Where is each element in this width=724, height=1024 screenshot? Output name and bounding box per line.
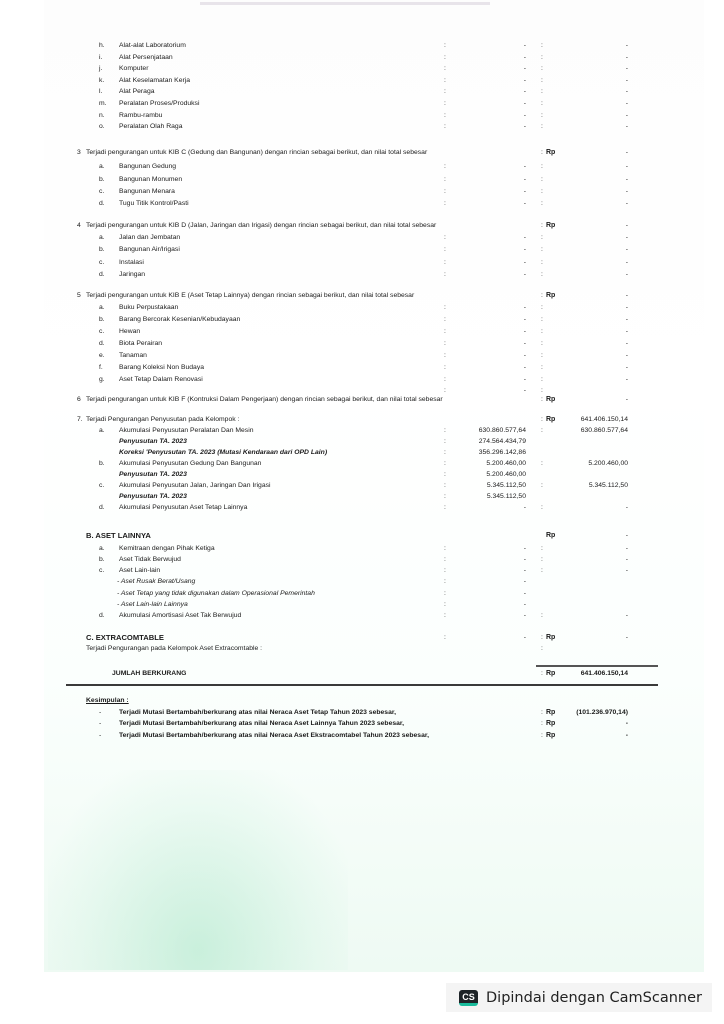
- item-total: -: [626, 350, 628, 361]
- list-item: n.Rambu-rambu:-:-: [0, 110, 724, 121]
- item-value: -: [524, 599, 526, 610]
- item-total: 630.860.577,64: [581, 425, 628, 436]
- item-label: - Aset Lain-lain Lainnya: [117, 599, 188, 610]
- scan-artifact: [200, 2, 490, 5]
- camscanner-logo-icon: CS: [459, 990, 478, 1006]
- list-item: a.Bangunan Gedung:-:-: [0, 161, 724, 172]
- colon: :: [444, 186, 446, 197]
- item-label: Koreksi 'Penyusutan TA. 2023 (Mutasi Ken…: [119, 447, 327, 458]
- colon: :: [541, 244, 543, 255]
- conclusion-item: -Terjadi Mutasi Bertambah/berkurang atas…: [0, 707, 724, 718]
- item-label: Tugu Titik Kontrol/Pasti: [119, 198, 189, 209]
- colon: :: [444, 302, 446, 313]
- item-total: -: [626, 362, 628, 373]
- section-title: C. EXTRACOMTABLE: [86, 632, 164, 643]
- item-letter: d.: [99, 502, 105, 513]
- item-label: Alat-alat Laboratorium: [119, 40, 186, 51]
- item-letter: e.: [99, 350, 105, 361]
- conclusion-label: Terjadi Mutasi Bertambah/berkurang atas …: [119, 730, 429, 741]
- item-letter: a.: [99, 302, 105, 313]
- item-label: Akumulasi Amortisasi Aset Tak Berwujud: [119, 610, 241, 621]
- item-letter: b.: [99, 244, 105, 255]
- colon: :: [444, 269, 446, 280]
- section-heading: 7.Terjadi Pengurangan Penyusutan pada Ke…: [0, 414, 724, 425]
- item-label: Jalan dan Jembatan: [119, 232, 180, 243]
- colon: :: [444, 565, 446, 576]
- item-label: Bangunan Gedung: [119, 161, 176, 172]
- list-item: b.Akumulasi Penyusutan Gedung Dan Bangun…: [0, 458, 724, 469]
- grand-total-label: JUMLAH BERKURANG: [112, 668, 186, 679]
- item-value: -: [524, 302, 526, 313]
- item-label: Bangunan Menara: [119, 186, 175, 197]
- list-item: b.Barang Bercorak Kesenian/Kebudayaan:-:…: [0, 314, 724, 325]
- item-letter: g.: [99, 374, 105, 385]
- list-item: f.Barang Koleksi Non Budaya:-:-: [0, 362, 724, 373]
- colon: :: [444, 425, 446, 436]
- item-letter: c.: [99, 186, 104, 197]
- item-total: -: [626, 257, 628, 268]
- currency: Rp: [546, 632, 555, 643]
- colon: :: [541, 161, 543, 172]
- colon: :: [444, 198, 446, 209]
- item-label: Bangunan Monumen: [119, 174, 182, 185]
- item-total: -: [626, 338, 628, 349]
- colon: :: [444, 362, 446, 373]
- section-title: Terjadi pengurangan untuk KIB F (Kontruk…: [86, 394, 443, 405]
- list-item: d.Biota Perairan:-:-: [0, 338, 724, 349]
- colon: :: [444, 98, 446, 109]
- item-total: -: [626, 374, 628, 385]
- item-value: -: [524, 326, 526, 337]
- item-value: -: [524, 350, 526, 361]
- item-label: Alat Keselamatan Kerja: [119, 75, 190, 86]
- colon: :: [541, 730, 543, 741]
- list-item: a.Akumulasi Penyusutan Peralatan Dan Mes…: [0, 425, 724, 436]
- list-item: l.Alat Peraga:-:-: [0, 86, 724, 97]
- colon: :: [541, 314, 543, 325]
- item-letter: b.: [99, 458, 105, 469]
- colon: :: [541, 458, 543, 469]
- list-item: o.Peralatan Olah Raga:-:-: [0, 121, 724, 132]
- list-item: - Aset Lain-lain Lainnya:-: [0, 599, 724, 610]
- list-item: b.Bangunan Air/Irigasi:-:-: [0, 244, 724, 255]
- item-value: -: [524, 86, 526, 97]
- item-label: Buku Perpustakaan: [119, 302, 178, 313]
- item-total: -: [626, 232, 628, 243]
- item-label: Tanaman: [119, 350, 147, 361]
- item-value: -: [524, 232, 526, 243]
- item-label: Akumulasi Penyusutan Aset Tetap Lainnya: [119, 502, 247, 513]
- currency: Rp: [546, 220, 555, 231]
- item-total: -: [626, 326, 628, 337]
- section-title: Terjadi pengurangan untuk KIB E (Aset Te…: [86, 290, 414, 301]
- colon: :: [541, 198, 543, 209]
- camscanner-watermark: CS Dipindai dengan CamScanner: [446, 983, 712, 1012]
- item-label: Komputer: [119, 63, 148, 74]
- section-number: 6: [77, 394, 81, 405]
- list-item: i.Alat Persenjataan:-:-: [0, 52, 724, 63]
- list-item: - Aset Rusak Berat/Usang:-: [0, 576, 724, 587]
- list-item: k.Alat Keselamatan Kerja:-:-: [0, 75, 724, 86]
- currency: Rp: [546, 707, 555, 718]
- colon: :: [541, 707, 543, 718]
- colon: :: [541, 554, 543, 565]
- item-label: Penyusutan TA. 2023: [119, 436, 187, 447]
- colon: :: [444, 40, 446, 51]
- list-item: c.Akumulasi Penyusutan Jalan, Jaringan D…: [0, 480, 724, 491]
- item-value: -: [524, 632, 526, 643]
- bullet: -: [99, 730, 101, 741]
- item-label: Jaringan: [119, 269, 145, 280]
- colon: :: [541, 86, 543, 97]
- list-item: h.Alat-alat Laboratorium:-:-: [0, 40, 724, 51]
- colon: :: [541, 269, 543, 280]
- list-item: e.Tanaman:-:-: [0, 350, 724, 361]
- item-letter: j.: [99, 63, 102, 74]
- item-value: 5.200.460,00: [486, 469, 526, 480]
- item-total: -: [626, 52, 628, 63]
- conclusion-value: -: [626, 730, 628, 741]
- section-heading: C. EXTRACOMTABLE:-:Rp-: [0, 632, 724, 643]
- colon: :: [541, 718, 543, 729]
- bullet: -: [99, 707, 101, 718]
- section-title: Terjadi pengurangan untuk KIB C (Gedung …: [86, 147, 427, 158]
- colon: :: [541, 338, 543, 349]
- item-value: -: [524, 98, 526, 109]
- item-total: -: [626, 86, 628, 97]
- item-label: Bangunan Air/Irigasi: [119, 244, 180, 255]
- item-letter: i.: [99, 52, 102, 63]
- section-heading: 6Terjadi pengurangan untuk KIB F (Kontru…: [0, 394, 724, 405]
- colon: :: [444, 502, 446, 513]
- item-label: Aset Tidak Berwujud: [119, 554, 181, 565]
- section-heading: 3Terjadi pengurangan untuk KIB C (Gedung…: [0, 147, 724, 158]
- list-item: a.Jalan dan Jembatan:-:-: [0, 232, 724, 243]
- grand-total-value: 641.406.150,14: [581, 668, 628, 679]
- colon: :: [541, 543, 543, 554]
- item-value: -: [524, 174, 526, 185]
- grand-total-row: JUMLAH BERKURANG:Rp641.406.150,14: [0, 668, 724, 679]
- colon: :: [541, 414, 543, 425]
- item-total: -: [626, 198, 628, 209]
- item-total: -: [626, 565, 628, 576]
- list-item: Penyusutan TA. 2023:274.564.434,79: [0, 436, 724, 447]
- colon: :: [444, 314, 446, 325]
- colon: :: [541, 40, 543, 51]
- colon: :: [444, 588, 446, 599]
- section-title: B. ASET LAINNYA: [86, 530, 151, 541]
- item-value: -: [524, 269, 526, 280]
- colon: :: [444, 576, 446, 587]
- colon: :: [541, 326, 543, 337]
- currency: Rp: [546, 730, 555, 741]
- item-letter: c.: [99, 565, 104, 576]
- list-item: d.Akumulasi Amortisasi Aset Tak Berwujud…: [0, 610, 724, 621]
- colon: :: [541, 302, 543, 313]
- item-value: -: [524, 52, 526, 63]
- colon: :: [444, 458, 446, 469]
- colon: :: [444, 121, 446, 132]
- section-divider: [66, 684, 658, 686]
- currency: Rp: [546, 718, 555, 729]
- list-item: b.Aset Tidak Berwujud:-:-: [0, 554, 724, 565]
- item-letter: l.: [99, 86, 102, 97]
- colon: :: [541, 643, 543, 654]
- colon: :: [444, 63, 446, 74]
- colon: :: [541, 350, 543, 361]
- item-value: -: [524, 75, 526, 86]
- item-value: -: [524, 257, 526, 268]
- section-total: -: [626, 394, 628, 405]
- item-total: -: [626, 110, 628, 121]
- item-label: Rambu-rambu: [119, 110, 162, 121]
- currency: Rp: [546, 394, 555, 405]
- item-value: -: [524, 161, 526, 172]
- item-total: -: [626, 610, 628, 621]
- colon: :: [541, 121, 543, 132]
- section-title: Terjadi pengurangan untuk KIB D (Jalan, …: [86, 220, 436, 231]
- item-value: -: [524, 554, 526, 565]
- list-item: d.Akumulasi Penyusutan Aset Tetap Lainny…: [0, 502, 724, 513]
- section-total: -: [626, 632, 628, 643]
- item-value: -: [524, 121, 526, 132]
- item-value: 5.345.112,50: [487, 491, 526, 502]
- watermark-text: Dipindai dengan CamScanner: [486, 990, 702, 1006]
- item-value: 356.296.142,86: [479, 447, 526, 458]
- colon: :: [541, 668, 543, 679]
- item-letter: c.: [99, 480, 104, 491]
- conclusion-title: Kesimpulan :: [86, 695, 129, 706]
- colon: :: [444, 554, 446, 565]
- item-letter: c.: [99, 257, 104, 268]
- list-item: j.Komputer:-:-: [0, 63, 724, 74]
- colon: :: [541, 174, 543, 185]
- item-value: -: [524, 362, 526, 373]
- colon: :: [541, 63, 543, 74]
- item-value: 630.860.577,64: [479, 425, 526, 436]
- item-letter: d.: [99, 610, 105, 621]
- item-total: -: [626, 554, 628, 565]
- colon: :: [541, 147, 543, 158]
- item-letter: b.: [99, 174, 105, 185]
- item-label: Kemitraan dengan Pihak Ketiga: [119, 543, 215, 554]
- item-value: 274.564.434,79: [479, 436, 526, 447]
- list-item: d.Tugu Titik Kontrol/Pasti:-:-: [0, 198, 724, 209]
- colon: :: [541, 110, 543, 121]
- section-heading: 4Terjadi pengurangan untuk KIB D (Jalan,…: [0, 220, 724, 231]
- item-label: Peralatan Proses/Produksi: [119, 98, 199, 109]
- item-label: Biota Perairan: [119, 338, 162, 349]
- colon: :: [444, 469, 446, 480]
- item-value: -: [524, 502, 526, 513]
- item-total: -: [626, 121, 628, 132]
- list-item: a.Kemitraan dengan Pihak Ketiga:-:-: [0, 543, 724, 554]
- item-total: -: [626, 40, 628, 51]
- item-value: -: [524, 244, 526, 255]
- item-value: -: [524, 186, 526, 197]
- conclusion-value: -: [626, 718, 628, 729]
- colon: :: [541, 186, 543, 197]
- item-label: Hewan: [119, 326, 140, 337]
- item-total: 5.200.460,00: [588, 458, 628, 469]
- item-label: Akumulasi Penyusutan Jalan, Jaringan Dan…: [119, 480, 271, 491]
- currency: Rp: [546, 290, 555, 301]
- section-total: -: [626, 530, 628, 541]
- list-item: Penyusutan TA. 2023:5.200.460,00: [0, 469, 724, 480]
- item-letter: d.: [99, 269, 105, 280]
- section-number: 5: [77, 290, 81, 301]
- item-total: -: [626, 269, 628, 280]
- item-label: Penyusutan TA. 2023: [119, 469, 187, 480]
- section-heading: B. ASET LAINNYARp-: [0, 530, 724, 541]
- colon: :: [541, 98, 543, 109]
- item-letter: a.: [99, 232, 105, 243]
- colon: :: [541, 257, 543, 268]
- list-item: a.Buku Perpustakaan:-:-: [0, 302, 724, 313]
- item-letter: m.: [99, 98, 107, 109]
- item-label: Barang Bercorak Kesenian/Kebudayaan: [119, 314, 240, 325]
- item-letter: a.: [99, 425, 105, 436]
- list-item: c.Aset Lain-lain:-:-: [0, 565, 724, 576]
- item-total: -: [626, 75, 628, 86]
- colon: :: [541, 480, 543, 491]
- colon: :: [541, 52, 543, 63]
- colon: :: [444, 374, 446, 385]
- item-total: -: [626, 98, 628, 109]
- section-number: 3: [77, 147, 81, 158]
- item-value: -: [524, 63, 526, 74]
- item-value: -: [524, 576, 526, 587]
- item-total: -: [626, 174, 628, 185]
- item-total: 5.345.112,50: [589, 480, 628, 491]
- colon: :: [541, 290, 543, 301]
- item-label: Aset Lain-lain: [119, 565, 160, 576]
- item-value: -: [524, 198, 526, 209]
- item-value: -: [524, 588, 526, 599]
- item-letter: b.: [99, 554, 105, 565]
- list-item: - Aset Tetap yang tidak digunakan dalam …: [0, 588, 724, 599]
- currency: Rp: [546, 147, 555, 158]
- item-total: -: [626, 543, 628, 554]
- item-label: Akumulasi Penyusutan Gedung Dan Bangunan: [119, 458, 261, 469]
- colon: :: [444, 350, 446, 361]
- item-label: Alat Persenjataan: [119, 52, 173, 63]
- conclusion-heading: Kesimpulan :: [0, 695, 724, 706]
- colon: :: [444, 86, 446, 97]
- colon: :: [444, 326, 446, 337]
- item-letter: n.: [99, 110, 105, 121]
- item-label: Instalasi: [119, 257, 144, 268]
- colon: :: [444, 161, 446, 172]
- item-letter: a.: [99, 543, 105, 554]
- item-value: -: [524, 565, 526, 576]
- colon: :: [541, 75, 543, 86]
- item-total: -: [626, 186, 628, 197]
- colon: :: [444, 632, 446, 643]
- section-total: 641.406.150,14: [581, 414, 628, 425]
- list-item: c.Instalasi:-:-: [0, 257, 724, 268]
- section-subtitle-text: Terjadi Pengurangan pada Kelompok Aset E…: [86, 643, 262, 654]
- item-total: -: [626, 302, 628, 313]
- item-letter: k.: [99, 75, 104, 86]
- conclusion-item: -Terjadi Mutasi Bertambah/berkurang atas…: [0, 718, 724, 729]
- colon: :: [444, 232, 446, 243]
- list-item: b.Bangunan Monumen:-:-: [0, 174, 724, 185]
- colon: :: [444, 174, 446, 185]
- item-label: Alat Peraga: [119, 86, 155, 97]
- colon: :: [444, 491, 446, 502]
- item-value: -: [524, 40, 526, 51]
- colon: :: [444, 599, 446, 610]
- section-number: 7.: [77, 414, 83, 425]
- item-value: -: [524, 110, 526, 121]
- colon: :: [444, 447, 446, 458]
- currency: Rp: [546, 530, 555, 541]
- colon: :: [444, 543, 446, 554]
- item-letter: b.: [99, 314, 105, 325]
- item-label: Barang Koleksi Non Budaya: [119, 362, 204, 373]
- list-item: c.Bangunan Menara:-:-: [0, 186, 724, 197]
- bullet: -: [99, 718, 101, 729]
- colon: :: [541, 565, 543, 576]
- item-letter: d.: [99, 338, 105, 349]
- currency: Rp: [546, 668, 555, 679]
- colon: :: [444, 480, 446, 491]
- colon: :: [541, 425, 543, 436]
- colon: :: [541, 610, 543, 621]
- total-rule: [536, 665, 658, 667]
- item-label: - Aset Tetap yang tidak digunakan dalam …: [117, 588, 315, 599]
- conclusion-item: -Terjadi Mutasi Bertambah/berkurang atas…: [0, 730, 724, 741]
- colon: :: [541, 362, 543, 373]
- item-total: -: [626, 161, 628, 172]
- item-label: Peralatan Olah Raga: [119, 121, 182, 132]
- item-value: -: [524, 610, 526, 621]
- section-total: -: [626, 147, 628, 158]
- colon: :: [444, 244, 446, 255]
- section-total: -: [626, 290, 628, 301]
- item-total: -: [626, 244, 628, 255]
- item-label: Penyusutan TA. 2023: [119, 491, 187, 502]
- item-letter: d.: [99, 198, 105, 209]
- list-item: d.Jaringan:-:-: [0, 269, 724, 280]
- colon: :: [444, 75, 446, 86]
- list-item: m.Peralatan Proses/Produksi:-:-: [0, 98, 724, 109]
- item-letter: a.: [99, 161, 105, 172]
- item-value: 5.200.460,00: [486, 458, 526, 469]
- section-heading: 5Terjadi pengurangan untuk KIB E (Aset T…: [0, 290, 724, 301]
- colon: :: [541, 220, 543, 231]
- colon: :: [541, 394, 543, 405]
- currency: Rp: [546, 414, 555, 425]
- section-number: 4: [77, 220, 81, 231]
- section-subtitle: Terjadi Pengurangan pada Kelompok Aset E…: [0, 643, 724, 654]
- item-letter: c.: [99, 326, 104, 337]
- section-title: Terjadi Pengurangan Penyusutan pada Kelo…: [86, 414, 239, 425]
- colon: :: [541, 232, 543, 243]
- colon: :: [541, 502, 543, 513]
- list-item: Koreksi 'Penyusutan TA. 2023 (Mutasi Ken…: [0, 447, 724, 458]
- colon: :: [444, 610, 446, 621]
- item-label: Aset Tetap Dalam Renovasi: [119, 374, 203, 385]
- colon: :: [444, 52, 446, 63]
- colon: :: [444, 110, 446, 121]
- conclusion-label: Terjadi Mutasi Bertambah/berkurang atas …: [119, 718, 404, 729]
- colon: :: [541, 632, 543, 643]
- conclusion-label: Terjadi Mutasi Bertambah/berkurang atas …: [119, 707, 396, 718]
- list-item: g.Aset Tetap Dalam Renovasi:-:-: [0, 374, 724, 385]
- item-value: -: [524, 543, 526, 554]
